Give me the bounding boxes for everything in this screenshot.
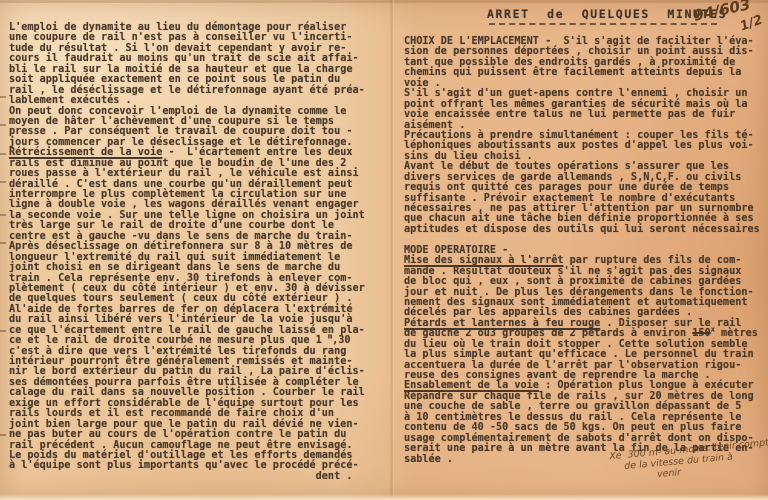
text-line: joint choisi en se dirigeant dans le sen…	[9, 263, 383, 273]
document-title: ARRET de QUELQUES MINUTES	[487, 7, 727, 21]
title-underline	[489, 23, 717, 25]
fold-crease	[390, 0, 394, 500]
pencil-mark	[0, 330, 6, 332]
pencil-mark	[0, 181, 6, 183]
text-line: de bloc qui , eux , sont à proximité de …	[404, 277, 766, 287]
text-line: la plus simple autant qu'efficace . Le p…	[404, 350, 766, 360]
right-column-text: CHOIX DE L'EMPLACEMENT - S'il s'agit de …	[404, 37, 766, 465]
text-line: chemins qui puissent être facilement att…	[404, 68, 766, 78]
left-column-text: L'emploi de dynamite au lieu du démontag…	[9, 23, 383, 482]
text-line: dent .	[9, 472, 383, 482]
handwritten-page-number: 1/2	[738, 13, 765, 35]
scanned-document-page: ARRET de QUELQUES MINUTES 94/603 1/2 L'e…	[0, 0, 768, 500]
pencil-mark	[0, 214, 6, 216]
pencil-mark	[0, 242, 6, 244]
text-line: lablement exécutés .	[9, 96, 383, 106]
paper-top-edge	[0, 0, 768, 3]
paper-bottom-edge	[0, 494, 768, 500]
text-line: ne pas buter au cours de l'opération con…	[9, 430, 383, 440]
text-line: requis ont quitté ces parages pour une d…	[404, 183, 766, 193]
pencil-mark	[0, 96, 6, 98]
text-line: ce et le rail de droite courbé ne mesure…	[9, 336, 383, 346]
pencil-mark	[0, 153, 6, 155]
pencil-mark	[0, 124, 6, 126]
text-line: roues passe à l'extérieur du rail , le v…	[9, 169, 383, 179]
text-line: voie encaissée entre talus ne lui permet…	[404, 110, 766, 120]
pencil-mark	[0, 434, 6, 436]
text-line: aptitudes et dispose des outils qui lui …	[404, 225, 766, 235]
